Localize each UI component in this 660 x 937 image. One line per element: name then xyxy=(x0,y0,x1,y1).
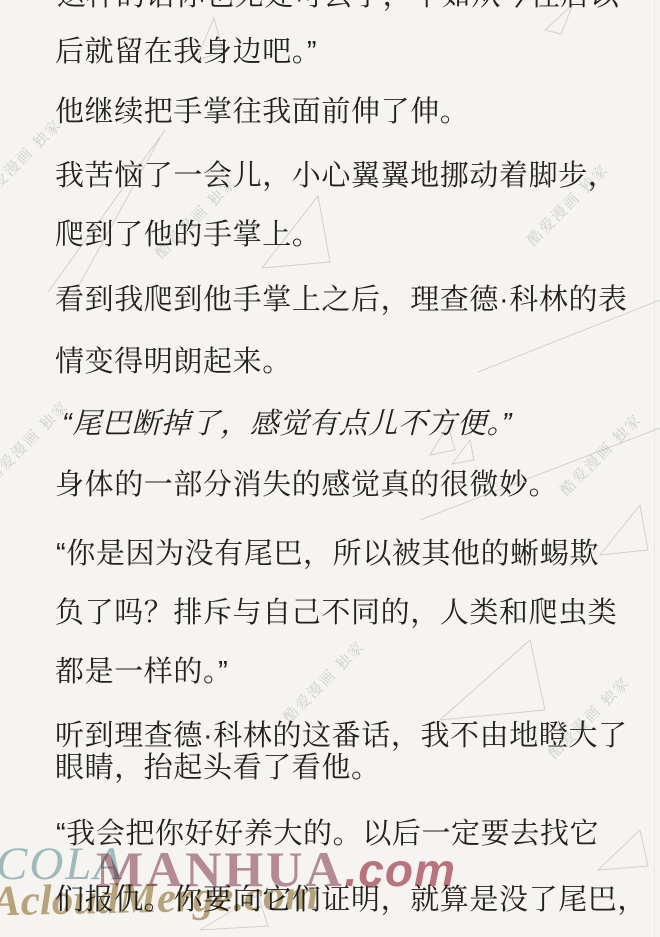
text-line: 身体的一部分消失的感觉真的很微妙。 xyxy=(55,469,558,501)
diagonal-watermark: 酷爱漫画 独家 xyxy=(555,409,646,500)
text-line-italic-quote: “尾巴断掉了，感觉有点儿不方便。” xyxy=(62,408,512,440)
diagonal-watermark: 酷爱漫画 独家 xyxy=(278,636,369,727)
page-edge-line xyxy=(654,0,655,937)
text-line: 爬到了他的手掌上。 xyxy=(55,219,321,251)
novel-page: 酷爱漫画 独家 酷爱漫画 独家 酷爱漫画 独家 酷爱漫画 独家 酷爱漫画 独家 … xyxy=(0,0,660,937)
text-line: 眼睛，抬起头看了看他。 xyxy=(55,752,381,784)
text-line: “你是因为没有尾巴，所以被其他的蜥蜴欺 xyxy=(56,538,599,570)
text-line: 我苦恼了一会儿，小心翼翼地挪动着脚步， xyxy=(55,160,617,192)
text-line: 看到我爬到他手掌上之后，理查德·科林的表 xyxy=(55,284,628,316)
text-line: “我会把你好好养大的。以后一定要去找它 xyxy=(56,818,599,850)
text-line: 们报仇。你要向它们证明，就算是没了尾巴， xyxy=(55,884,647,916)
text-line: 情变得明朗起来。 xyxy=(55,346,292,378)
text-line: 他继续把手掌往我面前伸了伸。 xyxy=(55,96,469,128)
text-line: 这样的话你也无处可去了，不如从今往后以 xyxy=(57,0,619,12)
text-line: 听到理查德·科林的这番话，我不由地瞪大了 xyxy=(55,720,628,752)
text-line: 负了吗？排斥与自己不同的，人类和爬虫类 xyxy=(55,597,617,629)
text-line: 都是一样的。” xyxy=(55,656,228,688)
text-line: 后就留在我身边吧。” xyxy=(55,36,317,68)
